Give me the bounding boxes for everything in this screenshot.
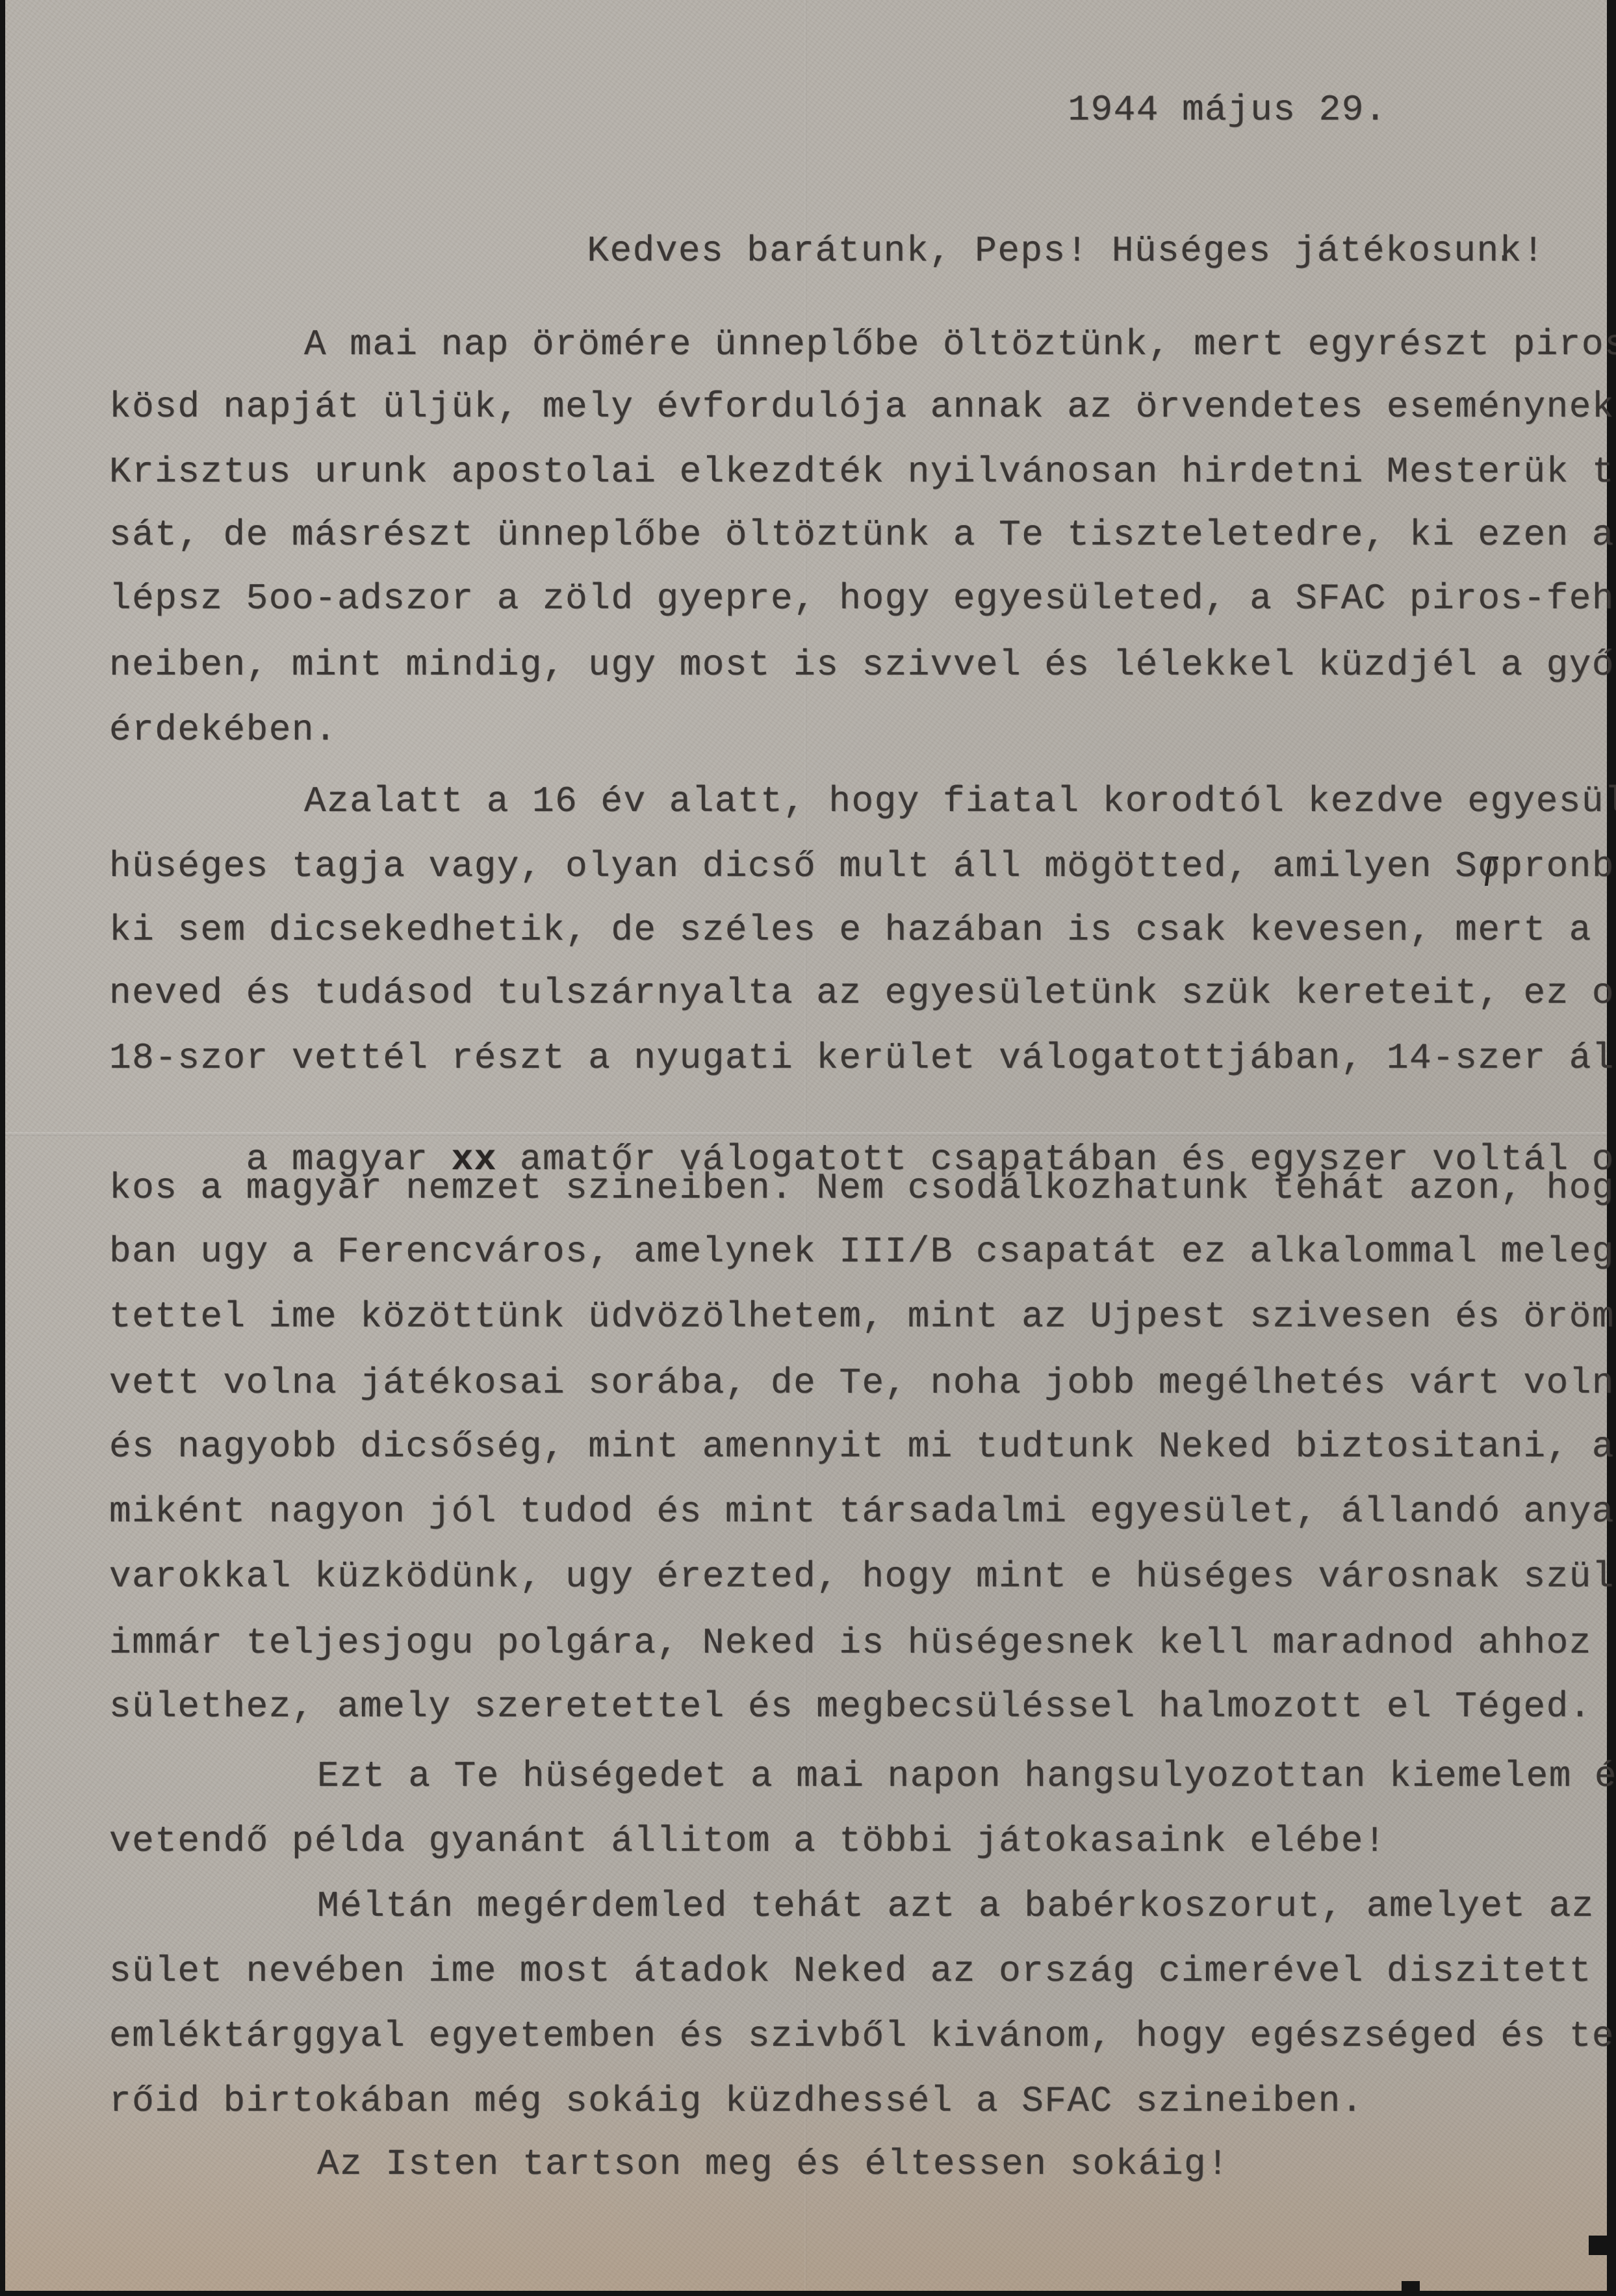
paper-tear-bottom [1402, 2281, 1420, 2296]
body-line: tettel ime közöttünk üdvözölhetem, mint … [109, 1298, 1616, 1335]
body-line: varokkal küzködünk, ugy érezted, hogy mi… [109, 1558, 1616, 1595]
body-line: neiben, mint mindig, ugy most is szivvel… [109, 647, 1616, 683]
body-line: 18-szor vettél részt a nyugati kerület v… [109, 1040, 1616, 1076]
body-line: rőid birtokában még sokáig küzdhessél a … [109, 2083, 1364, 2119]
body-line: Méltán megérdemled tehát azt a babérkosz… [317, 1888, 1616, 1924]
body-line: immár teljesjogu polgára, Neked is hüség… [109, 1625, 1616, 1661]
letter-body: A mai nap örömére ünneplőbe öltöztünk, m… [5, 0, 1607, 2291]
closing-line: Az Isten tartson meg és éltessen sokáig! [317, 2146, 1229, 2182]
body-line: neved és tudásod tulszárnyalta az egyesü… [109, 975, 1616, 1011]
body-line: lépsz 5oo-adszor a zöld gyepre, hogy egy… [109, 580, 1616, 617]
body-line: hüséges tagja vagy, olyan dicső mult áll… [109, 848, 1616, 884]
body-line: kösd napját üljük, mely évfordulója anna… [109, 389, 1616, 425]
body-line: A mai nap örömére ünneplőbe öltöztünk, m… [304, 326, 1616, 363]
body-line: emléktárggyal egyetemben és szivből kivá… [109, 2018, 1616, 2054]
body-line: vetendő példa gyanánt állitom a többi já… [109, 1823, 1387, 1859]
body-line: kos a magyar nemzet szineiben. Nem csodá… [109, 1170, 1616, 1206]
body-line: ki sem dicsekedhetik, de széles e hazába… [109, 912, 1616, 948]
body-line: Ezt a Te hüségedet a mai napon hangsulyo… [317, 1758, 1616, 1794]
body-line: sát, de másrészt ünneplőbe öltöztünk a T… [109, 517, 1616, 553]
body-line: ban ugy a Ferencváros, amelynek III/B cs… [109, 1233, 1616, 1270]
body-line: sülethez, amely szeretettel és megbecsül… [109, 1688, 1592, 1725]
letter-paper: 1944 május 29. Kedves barátunk, Peps! Hü… [5, 0, 1607, 2291]
body-line: vett volna játékosai sorába, de Te, noha… [109, 1365, 1616, 1401]
body-line: miként nagyon jól tudod és mint társadal… [109, 1493, 1616, 1530]
paper-tear-right [1589, 2236, 1616, 2255]
body-line: Azalatt a 16 év alatt, hogy fiatal korod… [304, 783, 1616, 819]
body-line: és nagyobb dicsőség, mint amennyit mi tu… [109, 1428, 1616, 1465]
body-line: Krisztus urunk apostolai elkezdték nyilv… [109, 454, 1616, 490]
body-line: érdekében. [109, 712, 337, 748]
body-line: sület nevében ime most átadok Neked az o… [109, 1953, 1616, 1989]
